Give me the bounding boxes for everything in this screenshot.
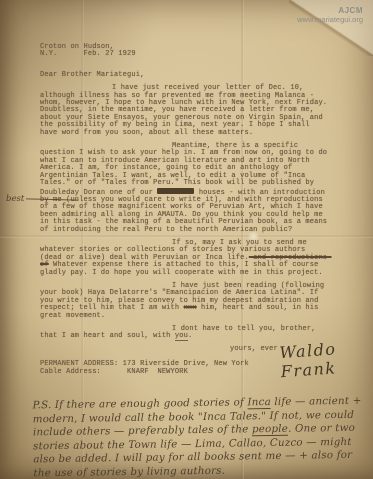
paragraph-4: I have just been reading (following your… bbox=[40, 283, 331, 320]
typed-letter-body: Croton on Hudson, N.Y. Feb. 27 1929 Dear… bbox=[40, 44, 331, 376]
struck-out-typo: xxx bbox=[184, 304, 197, 312]
underlined-you: you bbox=[175, 332, 188, 341]
handwritten-postscript: P.S. If there are enough good stories of… bbox=[32, 395, 367, 479]
handwritten-signature: Waldo Frank bbox=[279, 337, 373, 381]
archive-watermark: AJCM www.mariategui.org bbox=[297, 6, 363, 24]
paragraph-2: Meantime, there is a specific question I… bbox=[40, 143, 331, 234]
watermark-url: www.mariategui.org bbox=[297, 15, 363, 24]
watermark-ajcm: AJCM bbox=[297, 6, 363, 15]
ps-underlined-inca: Inca bbox=[247, 396, 271, 409]
paragraph-3: If so, may I ask you to send me whatever… bbox=[40, 240, 331, 277]
paragraph-3-text-b: Whatever expense there is attached to th… bbox=[40, 261, 323, 276]
margin-annotation-text: best bbox=[6, 194, 24, 204]
margin-annotation: best bbox=[6, 194, 78, 204]
paragraph-2-text-b: houses - with an introduction by me (unl… bbox=[40, 189, 332, 234]
ps-text-a: P.S. If there are enough good stories of bbox=[32, 396, 247, 411]
paragraph-5: I dont have to tell you, brother, that I… bbox=[40, 326, 331, 341]
margin-annotation-arrow-line bbox=[26, 198, 78, 200]
paragraph-5-text-b: . bbox=[188, 332, 192, 340]
paragraph-1: I have just received your letter of Dec.… bbox=[40, 85, 331, 137]
scanned-letter-page: AJCM www.mariategui.org Croton on Hudson… bbox=[0, 0, 373, 479]
redacted-word bbox=[157, 188, 194, 194]
date-line: N.Y. Feb. 27 1929 bbox=[40, 51, 331, 58]
salutation: Dear Brother Mariategui, bbox=[40, 72, 331, 79]
ps-underlined-people: people bbox=[252, 423, 288, 437]
